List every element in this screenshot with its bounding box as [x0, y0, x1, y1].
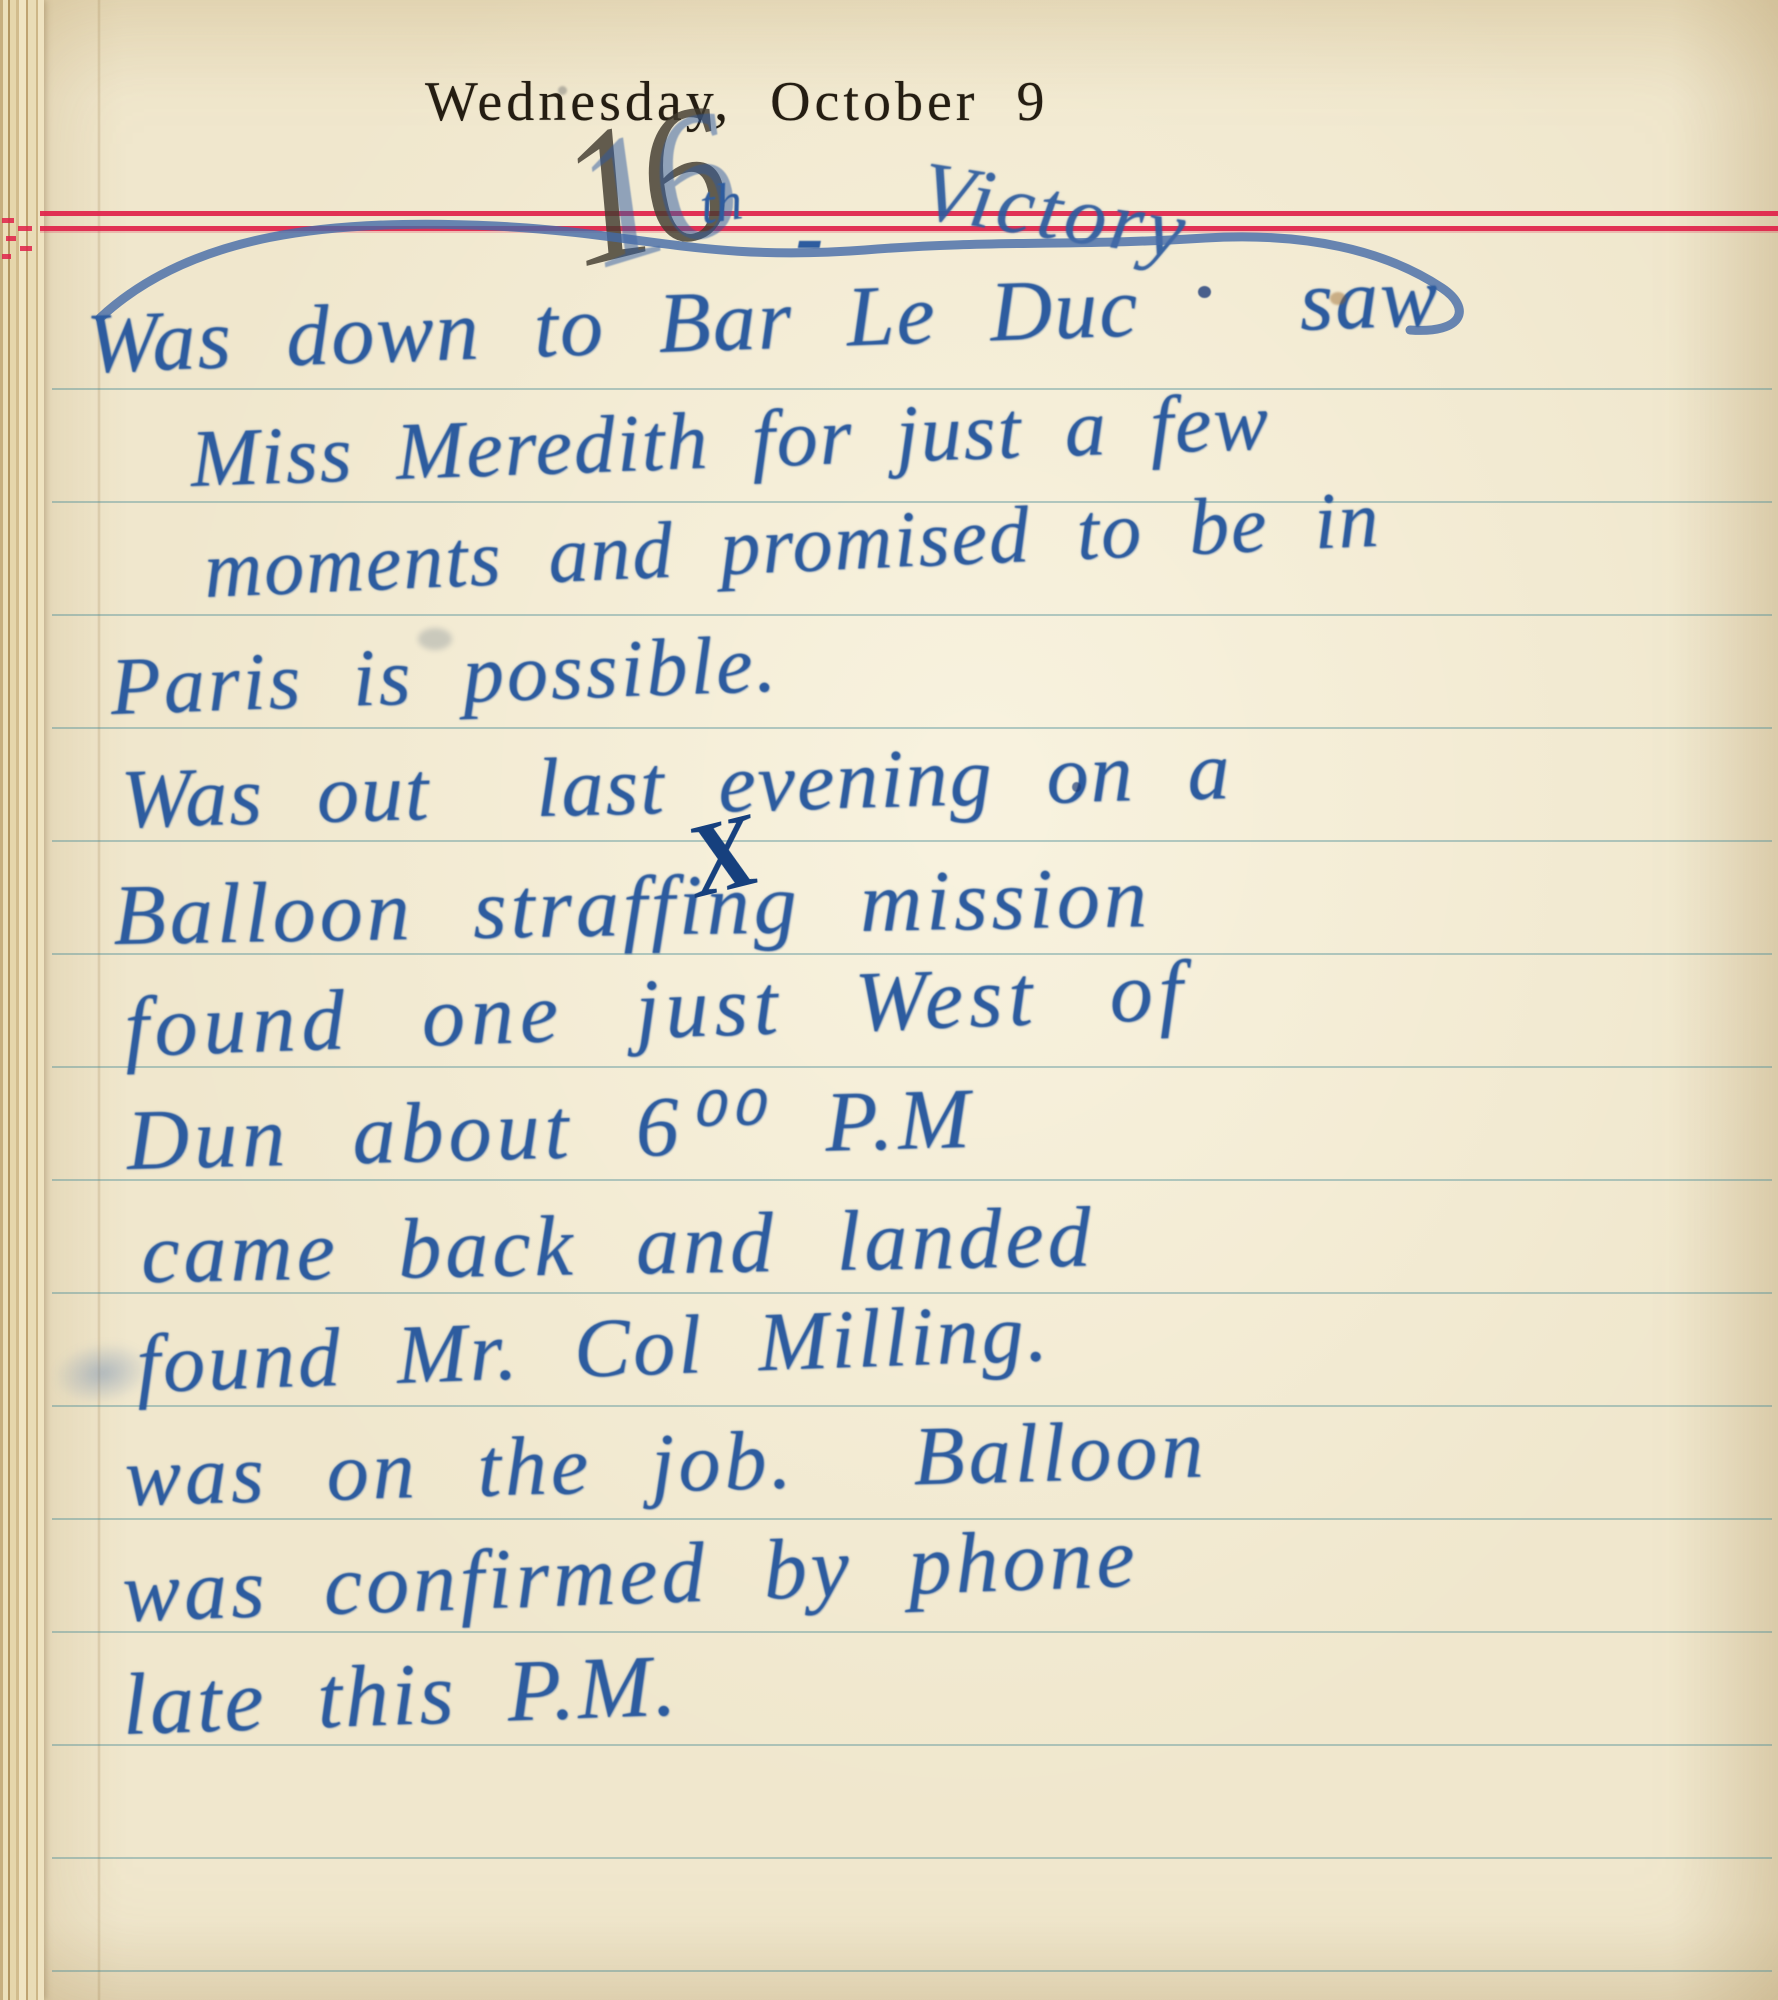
- ink-blot: [1198, 286, 1211, 298]
- diary-line: Balloon straffing mission: [112, 854, 1151, 958]
- book-binding-edge: [0, 0, 44, 2000]
- victory-ordinal: th: [696, 169, 746, 236]
- red-header-rule: [40, 211, 1778, 216]
- diary-line: late this P.M.: [121, 1643, 681, 1750]
- diary-line: Was down to Bar Le Duc saw: [85, 253, 1441, 386]
- diary-line: Dun about 6⁰⁰ P.M: [126, 1075, 976, 1183]
- red-header-rule: [40, 226, 1778, 231]
- diary-line: came back and landed: [140, 1193, 1095, 1296]
- paper-stain: [1330, 292, 1346, 305]
- paper-stain: [558, 86, 567, 95]
- red-margin-marks: [0, 214, 46, 262]
- ink-blot: [1072, 782, 1081, 792]
- ink-bleedthrough: [418, 628, 452, 650]
- diary-page: Wednesday, October 9 16 16 th - Victory …: [0, 0, 1778, 2000]
- printed-date-header: Wednesday, October 9: [425, 70, 1048, 134]
